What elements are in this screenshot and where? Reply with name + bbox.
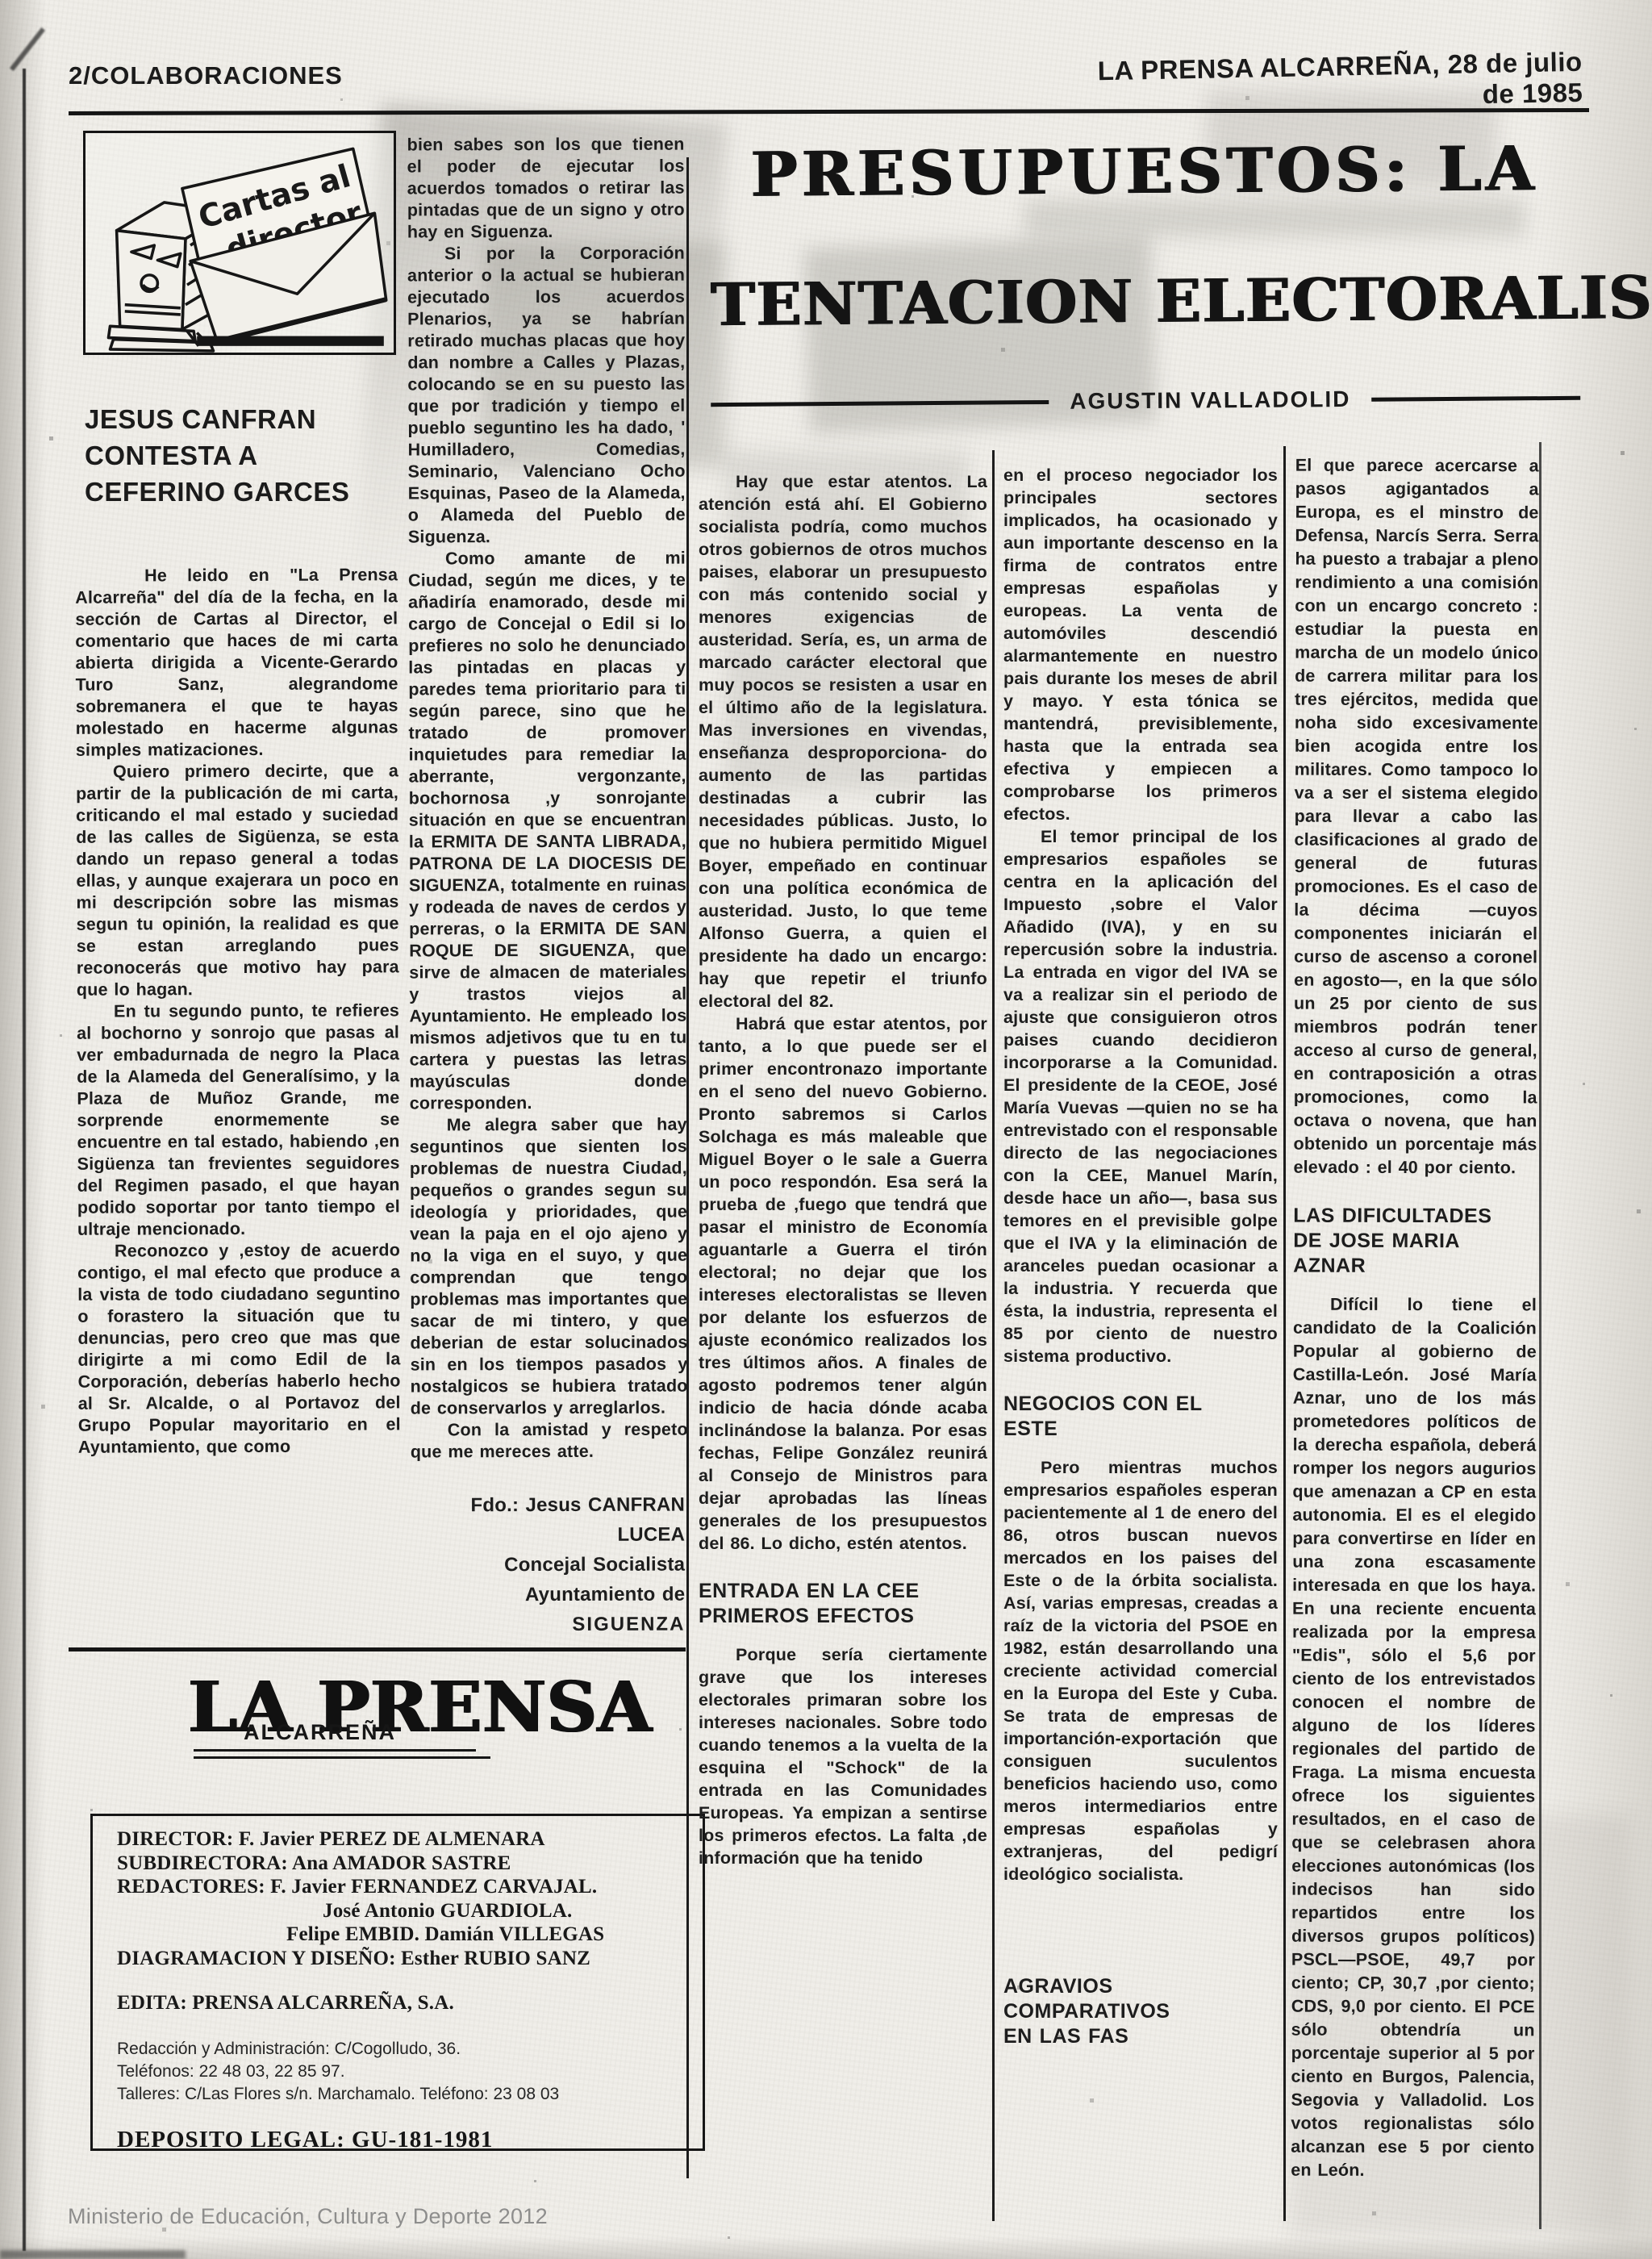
imprint-box: DIRECTOR: F. Javier PEREZ DE ALMENARA SU… <box>90 1814 705 2151</box>
paragraph: Como amante de mi Ciudad, según me dices… <box>408 548 687 1115</box>
paragraph: bien sabes son los que tienen el poder d… <box>407 134 685 244</box>
page-edge-rule <box>1539 442 1541 2229</box>
page-fold-line <box>23 69 26 2251</box>
signature-line: Concejal Socialista <box>411 1550 685 1580</box>
article-column-2: en el proceso negociador los principales… <box>1003 464 1278 2064</box>
logo-rule <box>194 1749 476 1752</box>
article-byline: AGUSTIN VALLADOLID <box>1070 386 1350 415</box>
section-rule <box>69 1647 686 1651</box>
imprint-line-diagramacion: DIAGRAMACION Y DISEÑO: Esther RUBIO SANZ <box>117 1947 682 1971</box>
signature-line: LUCEA <box>411 1520 685 1551</box>
article-column-3: El que parece acercarse a pasos agiganta… <box>1291 454 1539 2183</box>
article-column-1: Hay que estar atentos. La atención está … <box>699 470 987 1869</box>
paragraph: Con la amistad y respeto que me mereces … <box>411 1419 688 1464</box>
column-divider <box>1283 446 1286 2221</box>
logo-rule <box>194 1756 490 1759</box>
column-divider <box>992 450 995 2221</box>
imprint-line-edita: EDITA: PRENSA ALCARREÑA, S.A. <box>117 1991 682 2015</box>
paragraph: Pero mientras muchos empresarios español… <box>1003 1456 1278 1885</box>
imprint-deposito-legal: DEPOSITO LEGAL: GU-181-1981 <box>117 2127 682 2153</box>
article-headline-block: PRESUPUESTOS: LA TENTACION ELECTORALISTA… <box>709 132 1581 417</box>
article-subhead-entrada-cee: ENTRADA EN LA CEE PRIMEROS EFECTOS <box>699 1579 987 1629</box>
paragraph: En tu segundo punto, te refieres al boch… <box>77 1000 400 1240</box>
imprint-line-redactor: José Antonio GUARDIOLA. <box>117 1899 682 1923</box>
archive-watermark: Ministerio de Educación, Cultura y Depor… <box>68 2204 548 2229</box>
byline-rule <box>1371 395 1580 401</box>
mailbox-envelope-illustration: Cartas al director <box>86 133 394 353</box>
byline-rule <box>711 399 1049 406</box>
scan-bottom-shadow <box>0 2236 1652 2259</box>
paragraph: Hay que estar atentos. La atención está … <box>699 470 987 1013</box>
imprint-address-line: Talleres: C/Las Flores s/n. Marchamalo. … <box>117 2083 682 2106</box>
paragraph: Habrá que estar atentos, por tanto, a lo… <box>699 1013 987 1555</box>
signature-line: Fdo.: Jesus CANFRAN <box>411 1490 685 1521</box>
paragraph: He leido en "La Prensa Alcarreña" del dí… <box>75 564 398 761</box>
newspaper-logo-subtitle: ALCARREÑA <box>244 1720 396 1745</box>
imprint-line-director: DIRECTOR: F. Javier PEREZ DE ALMENARA <box>117 1827 682 1852</box>
signature-line: SIGUENZA <box>411 1610 685 1640</box>
paragraph: Difícil lo tiene el candidato de la Coal… <box>1291 1293 1537 2183</box>
paragraph: Quiero primero decirte, que a partir de … <box>76 760 399 1000</box>
cartas-al-director-box: Cartas al director <box>83 131 396 355</box>
imprint-address-line: Redacción y Administración: C/Cogolludo,… <box>117 2038 682 2061</box>
letter-signature: Fdo.: Jesus CANFRAN LUCEA Concejal Socia… <box>411 1490 688 1640</box>
imprint-line-redactores: REDACTORES: F. Javier FERNANDEZ CARVAJAL… <box>117 1875 682 1899</box>
headline-line-2: TENTACION ELECTORALISTA <box>710 264 1580 340</box>
imprint-line-redactor: Felipe EMBID. Damián VILLEGAS <box>117 1923 682 1947</box>
header-rule <box>69 108 1589 115</box>
paragraph: Porque sería ciertamente grave que los i… <box>699 1643 987 1869</box>
headline-line-1: PRESUPUESTOS: LA <box>709 132 1579 211</box>
scan-edge-mark <box>0 2250 186 2259</box>
imprint-address: Redacción y Administración: C/Cogolludo,… <box>117 2038 682 2106</box>
article-subhead-dificultades-aznar: LAS DIFICULTADES DE JOSE MARIA AZNAR <box>1293 1204 1537 1280</box>
newspaper-page-scan: { "page": { "section_header": "2/COLABOR… <box>0 0 1652 2259</box>
article-subhead-agravios-fas: AGRAVIOS COMPARATIVOS EN LAS FAS <box>1003 1974 1278 2049</box>
imprint-address-line: Teléfonos: 22 48 03, 22 85 97. <box>117 2061 682 2083</box>
imprint-line-subdirectora: SUBDIRECTORA: Ana AMADOR SASTRE <box>117 1852 682 1876</box>
paper-specks <box>0 0 2 2</box>
paragraph: El temor principal de los empresarios es… <box>1003 825 1278 1368</box>
masthead-date: LA PRENSA ALCARREÑA, 28 de julio de 1985 <box>1058 47 1583 118</box>
article-subhead-negocios-este: NEGOCIOS CON EL ESTE <box>1003 1392 1278 1442</box>
paragraph: Si por la Corporación anterior o la actu… <box>407 243 686 549</box>
paragraph: en el proceso negociador los principales… <box>1003 464 1278 825</box>
paragraph: El que parece acercarse a pasos agiganta… <box>1293 454 1538 1180</box>
paragraph: Reconozco y ,estoy de acuerdo contigo, e… <box>77 1239 401 1458</box>
page-section-header: 2/COLABORACIONES <box>69 61 343 90</box>
letter-column-1: He leido en "La Prensa Alcarreña" del dí… <box>75 564 401 1458</box>
byline-row: AGUSTIN VALLADOLID <box>711 385 1580 417</box>
letter-column-2: bien sabes son los que tienen el poder d… <box>407 134 689 1640</box>
paragraph: Me alegra saber que hay seguntinos que s… <box>410 1114 688 1420</box>
signature-line: Ayuntamiento de <box>411 1580 685 1610</box>
letter-heading: JESUS CANFRAN CONTESTA A CEFERINO GARCES <box>85 401 407 510</box>
